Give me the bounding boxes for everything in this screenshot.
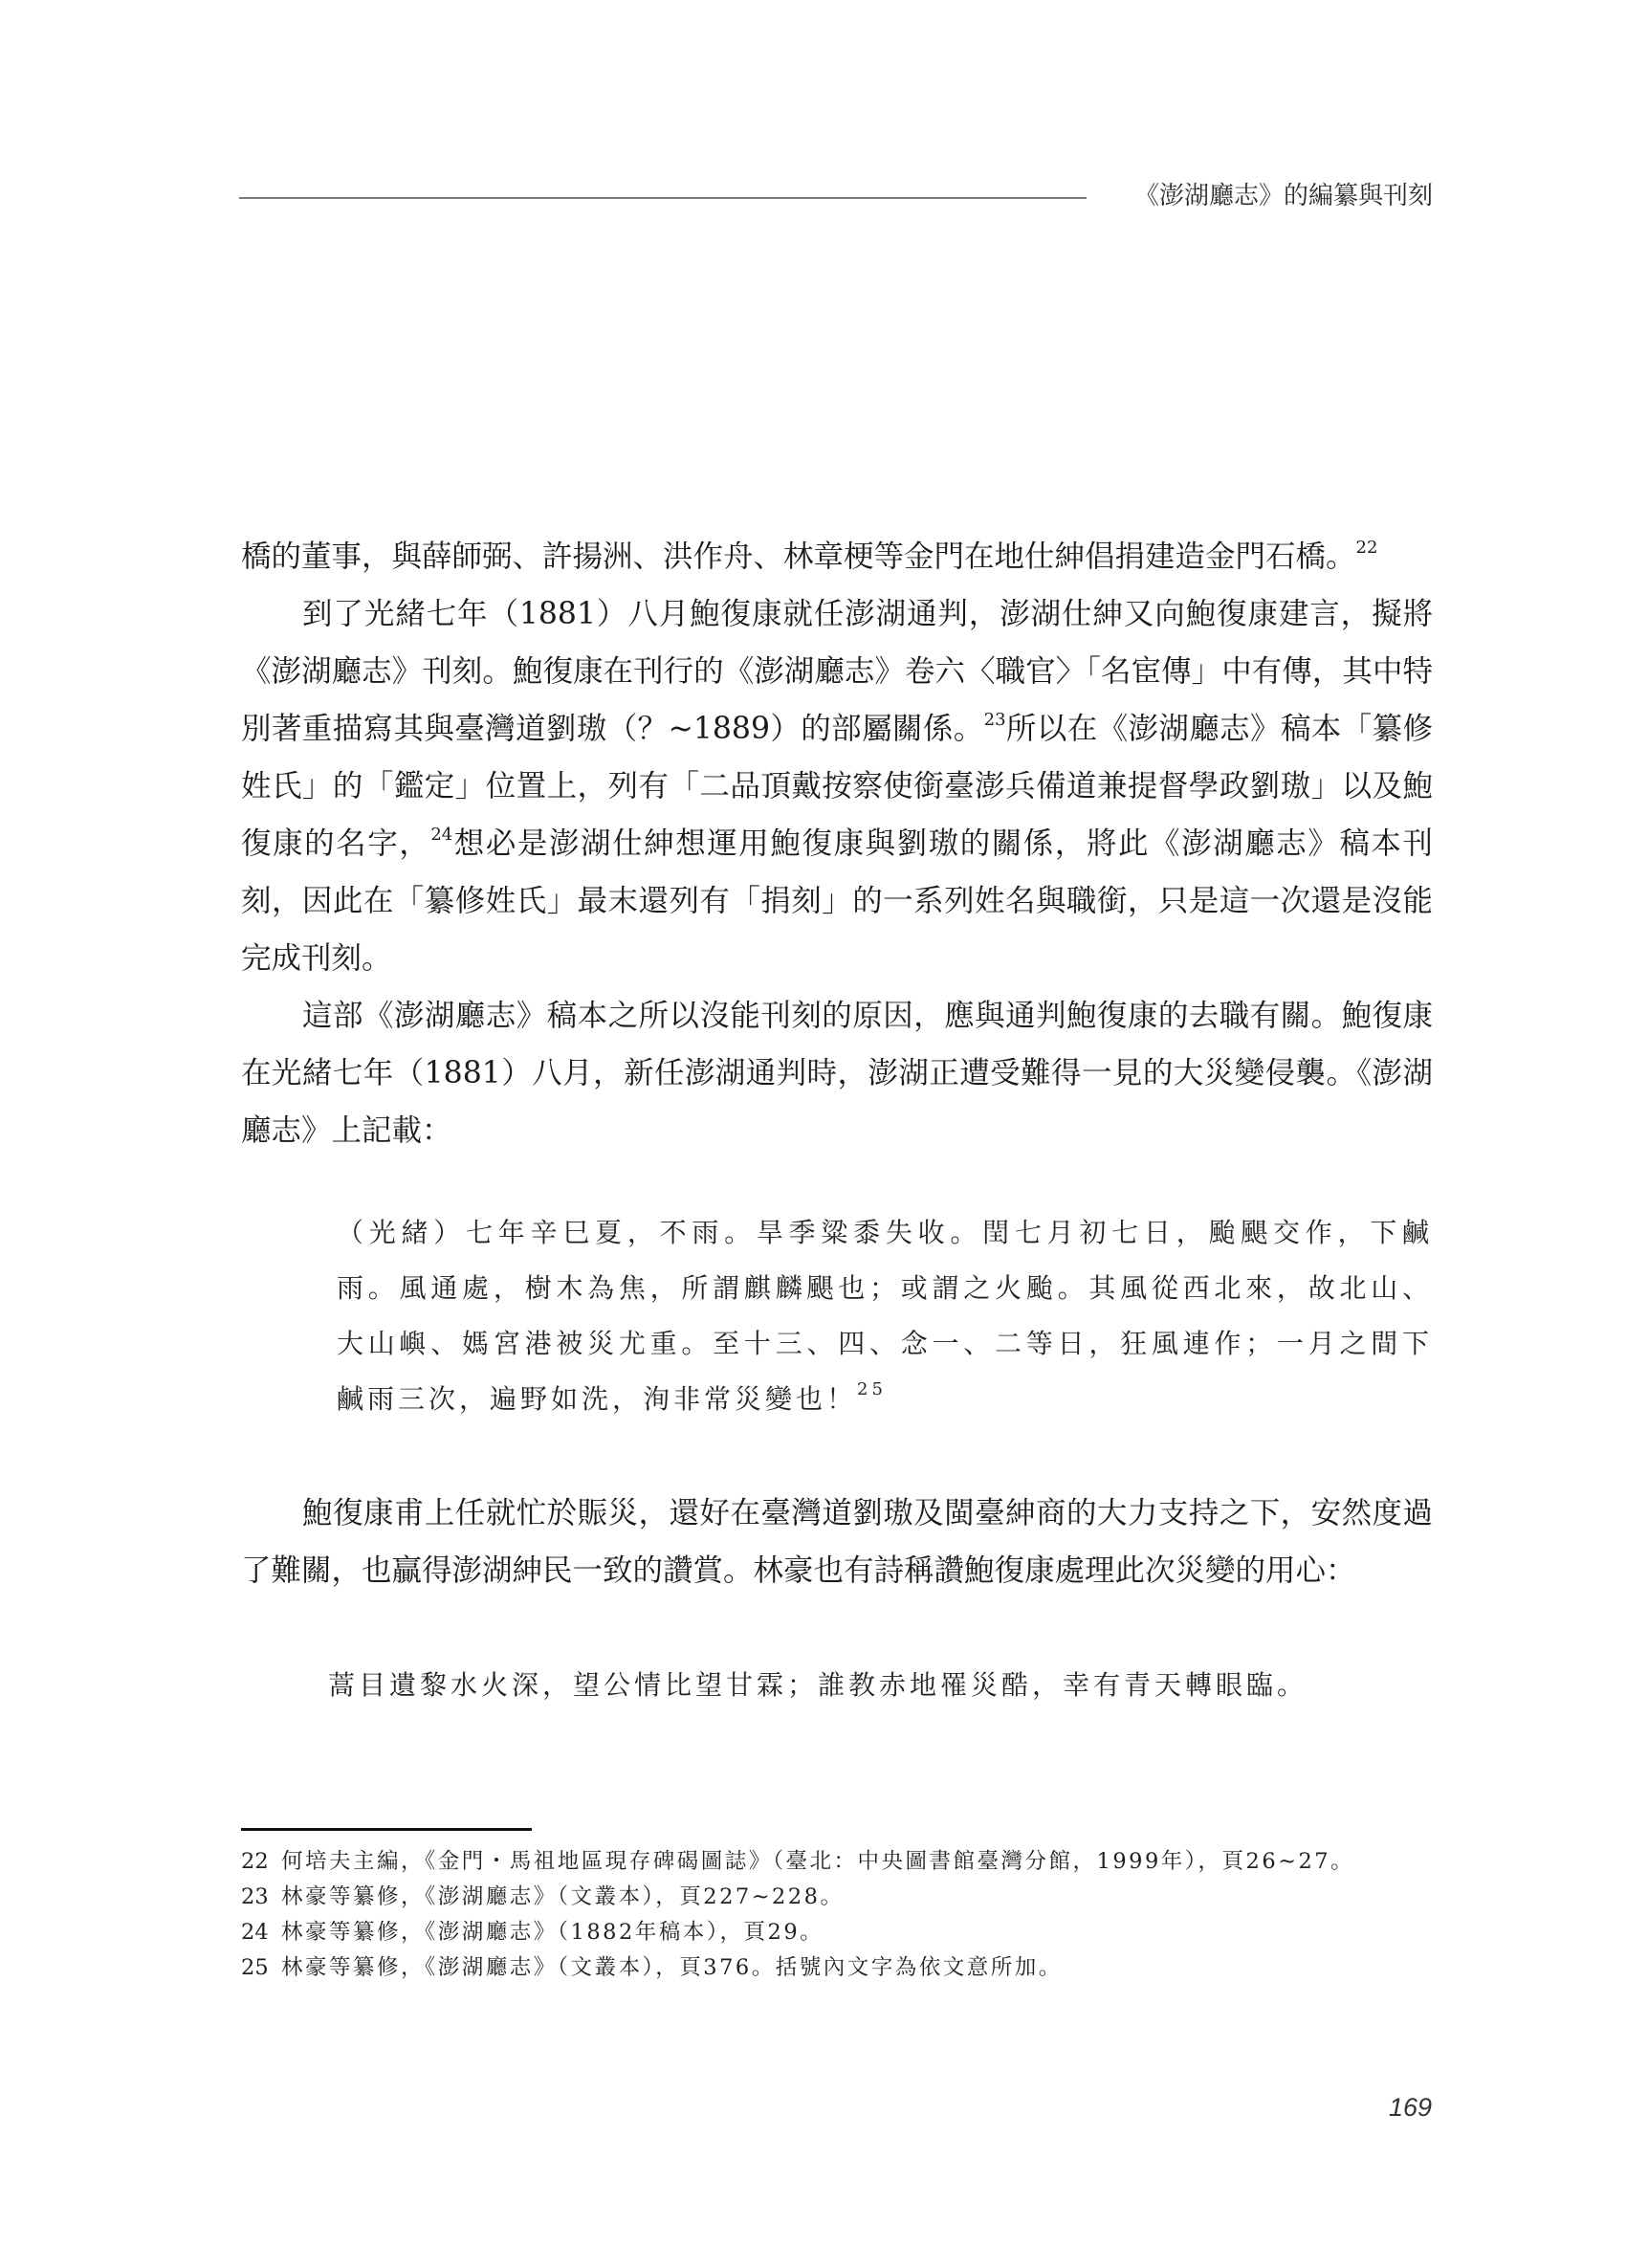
footnote-23: 23 林豪等纂修，《澎湖廳志》（文叢本），頁227~228。: [241, 1880, 1433, 1915]
footnote-number: 25: [241, 1950, 269, 1986]
paragraph-continued: 橋的董事，與薛師弼、許揚洲、洪作舟、林章梗等金門在地仕紳倡捐建造金門石橋。22: [241, 528, 1433, 585]
footnote-text: 林豪等纂修，《澎湖廳志》（1882年稿本），頁29。: [281, 1920, 824, 1945]
footnote-22: 22 何培夫主編，《金門・馬祖地區現存碑碣圖誌》（臺北：中央圖書館臺灣分館，19…: [241, 1844, 1433, 1880]
body-text-lower: 鮑復康甫上任就忙於賑災，還好在臺灣道劉璈及閩臺紳商的大力支持之下，安然度過了難關…: [241, 1485, 1433, 1599]
paragraph-manuscript: 這部《澎湖廳志》稿本之所以沒能刊刻的原因，應與通判鮑復康的去職有關。鮑復康在光緒…: [241, 987, 1433, 1159]
footnote-25: 25 林豪等纂修，《澎湖廳志》（文叢本），頁376。括號內文字為依文意所加。: [241, 1950, 1433, 1986]
footnote-number: 22: [241, 1844, 269, 1880]
footnote-number: 24: [241, 1915, 269, 1950]
footnote-ref-23[interactable]: 23: [984, 710, 1006, 730]
body-text-upper: 橋的董事，與薛師弼、許揚洲、洪作舟、林章梗等金門在地仕紳倡捐建造金門石橋。22 …: [241, 528, 1433, 1159]
footnote-rule: [241, 1828, 532, 1831]
poem-quotation: 蒿目遺黎水火深，望公情比望甘霖；誰教赤地罹災酷，幸有青天轉眼臨。: [328, 1664, 1307, 1703]
footnote-text: 林豪等纂修，《澎湖廳志》（文叢本），頁227~228。: [281, 1884, 845, 1909]
header-rule: [239, 197, 1087, 199]
footnote-number: 23: [241, 1880, 269, 1915]
running-header: 《澎湖廳志》的編纂與刊刻: [239, 168, 1433, 216]
footnote-text: 何培夫主編，《金門・馬祖地區現存碑碣圖誌》（臺北：中央圖書館臺灣分館，1999年…: [281, 1849, 1354, 1874]
paragraph-relief: 鮑復康甫上任就忙於賑災，還好在臺灣道劉璈及閩臺紳商的大力支持之下，安然度過了難關…: [241, 1485, 1433, 1599]
block-quotation: （光緒）七年辛巳夏，不雨。旱季粱黍失收。閏七月初七日，颱颶交作，下鹹雨。風通處，…: [337, 1205, 1433, 1427]
paragraph-text: 橋的董事，與薛師弼、許揚洲、洪作舟、林章梗等金門在地仕紳倡捐建造金門石橋。: [241, 539, 1356, 574]
footnote-24: 24 林豪等纂修，《澎湖廳志》（1882年稿本），頁29。: [241, 1915, 1433, 1950]
footnotes: 22 何培夫主編，《金門・馬祖地區現存碑碣圖誌》（臺北：中央圖書館臺灣分館，19…: [241, 1844, 1433, 1986]
footnote-ref-25[interactable]: 25: [857, 1379, 887, 1399]
page-number: 169: [1389, 2093, 1432, 2123]
footnote-ref-22[interactable]: 22: [1356, 538, 1378, 558]
footnote-ref-24[interactable]: 24: [430, 825, 452, 845]
footnote-text: 林豪等纂修，《澎湖廳志》（文叢本），頁376。括號內文字為依文意所加。: [281, 1955, 1063, 1980]
paragraph-guangxu: 到了光緒七年（1881）八月鮑復康就任澎湖通判，澎湖仕紳又向鮑復康建言，擬將《澎…: [241, 585, 1433, 987]
header-title: 《澎湖廳志》的編纂與刊刻: [1134, 176, 1433, 211]
